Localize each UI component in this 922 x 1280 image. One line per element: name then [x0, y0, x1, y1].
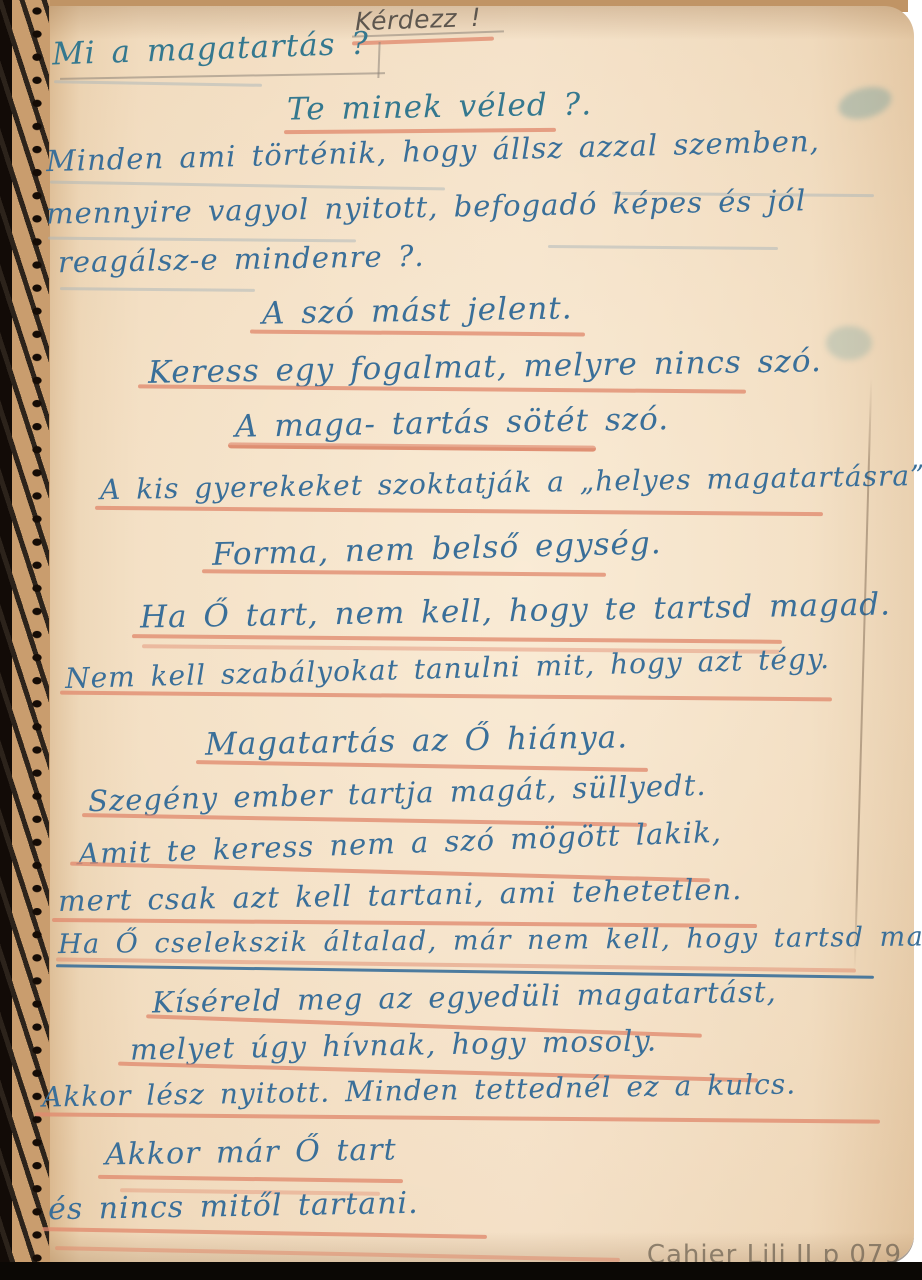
handwritten-line: és nincs mitől tartani.	[48, 1187, 419, 1226]
handwritten-line: reagálsz-e mindenre ?.	[58, 241, 425, 279]
ink-smudge	[826, 326, 872, 360]
handwritten-line: A szó mást jelent.	[262, 291, 573, 331]
handwritten-line: A maga- tartás sötét szó.	[235, 402, 670, 444]
scanned-notebook-page: Kérdezz ! Mi a magatartás ? Te minek vél…	[0, 0, 922, 1280]
handwritten-line: Magatartás az Ő hiánya.	[205, 720, 629, 761]
handwritten-line: Te minek véled ?.	[287, 87, 593, 126]
scanner-strip	[0, 1262, 922, 1280]
handwritten-line: Akkor már Ő tart	[105, 1133, 397, 1171]
